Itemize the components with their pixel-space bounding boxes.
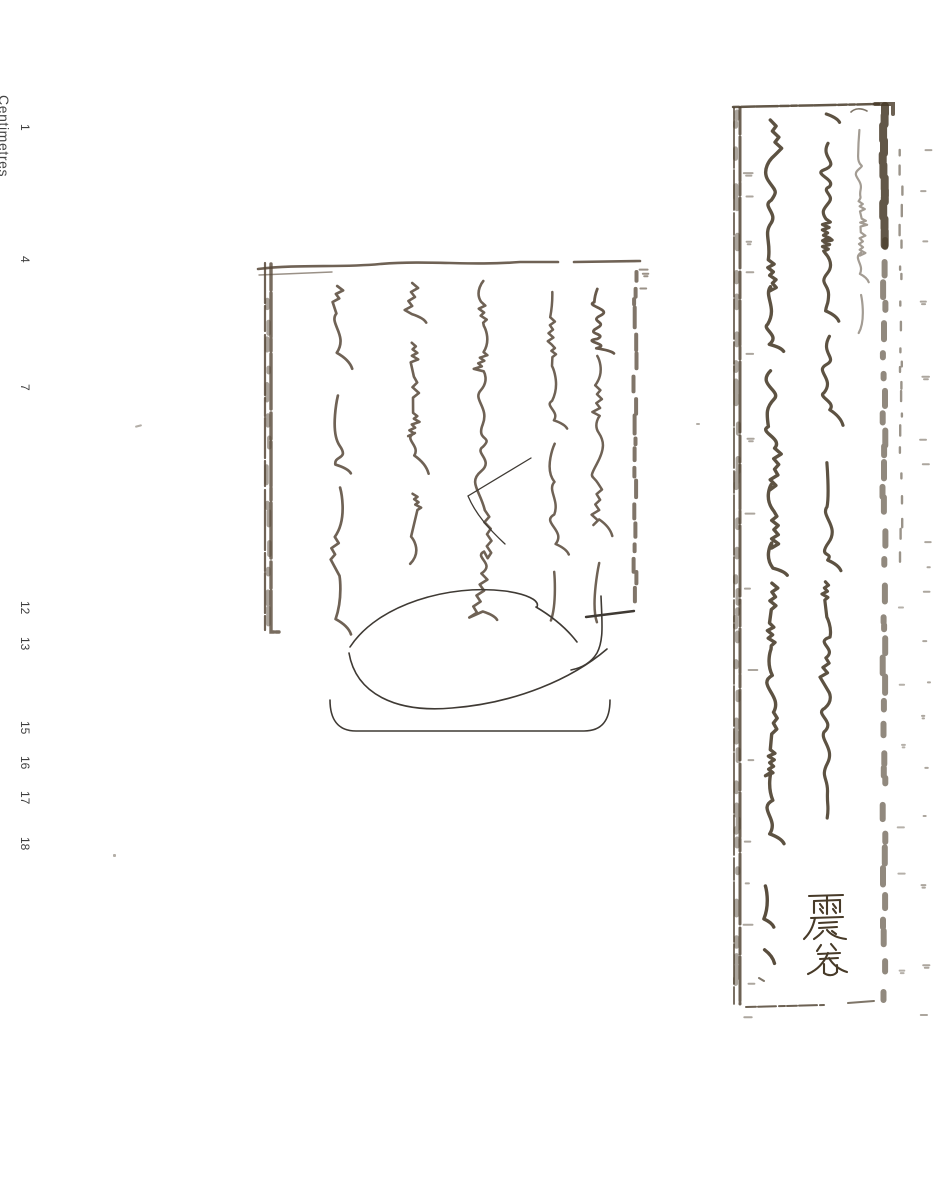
annotation-oval-bottom (349, 649, 607, 709)
handwritten-fragment (248, 252, 668, 752)
printed-script-columns (759, 114, 869, 1011)
ruler-scale: Centimetres 147121315161718 (0, 0, 60, 900)
printed-strip-fragment (700, 80, 934, 1025)
script-stroke (883, 106, 885, 245)
volume-label-char-juan (808, 944, 847, 975)
script-stroke (405, 283, 429, 564)
annotation-diagonal-line (468, 458, 531, 544)
ruler-mark-16: 16 (18, 756, 32, 769)
script-stroke (548, 292, 569, 621)
scanned-document-page: Centimetres 147121315161718 (0, 0, 934, 1190)
script-stroke (856, 130, 869, 333)
annotation-oval-top (350, 590, 537, 647)
script-stroke (848, 1001, 874, 1003)
script-stroke (851, 109, 867, 112)
script-stroke (898, 608, 905, 1026)
script-stroke (883, 240, 886, 1000)
volume-label-chinese (804, 895, 847, 975)
annotation-cross-horizontal (586, 611, 634, 617)
script-stroke (746, 1005, 824, 1007)
script-stroke (765, 120, 787, 864)
script-stroke (900, 150, 903, 562)
ruler-mark-15: 15 (18, 721, 32, 734)
dust-speck (113, 854, 116, 857)
script-stroke (469, 281, 497, 635)
script-stroke (764, 886, 775, 1011)
script-stroke (759, 978, 764, 981)
script-stroke (634, 272, 637, 601)
script-stroke (920, 150, 931, 1015)
handwritten-script-columns (331, 281, 614, 665)
dust-speck (135, 424, 142, 428)
ruler-mark-13: 13 (18, 637, 32, 650)
edge-showthrough-marks (744, 150, 932, 1025)
ruler-mark-18: 18 (18, 837, 32, 850)
script-stroke (271, 264, 279, 632)
script-stroke (733, 104, 879, 107)
script-stroke (736, 112, 739, 984)
script-stroke (267, 300, 270, 624)
script-stroke (592, 356, 613, 622)
script-stroke (592, 289, 614, 363)
annotation-rounded-box (330, 700, 610, 731)
ruler-unit-label: Centimetres (0, 95, 12, 177)
script-stroke (258, 261, 640, 269)
annotation-swoosh (536, 607, 577, 642)
ruler-mark-12: 12 (18, 601, 32, 614)
volume-label-char-zhen (804, 895, 846, 939)
script-stroke (331, 286, 352, 665)
ruler-mark-7: 7 (18, 384, 32, 391)
script-stroke (640, 270, 649, 289)
script-stroke (820, 114, 843, 818)
dust-speck (696, 423, 700, 425)
script-stroke (744, 173, 758, 1017)
ruler-mark-4: 4 (18, 256, 32, 263)
fragment-border-lines (258, 261, 648, 632)
ruler-mark-17: 17 (18, 791, 32, 804)
annotation-cross-tail (571, 596, 602, 670)
ruler-mark-1: 1 (18, 124, 32, 131)
strip-border-frame (733, 104, 893, 1007)
